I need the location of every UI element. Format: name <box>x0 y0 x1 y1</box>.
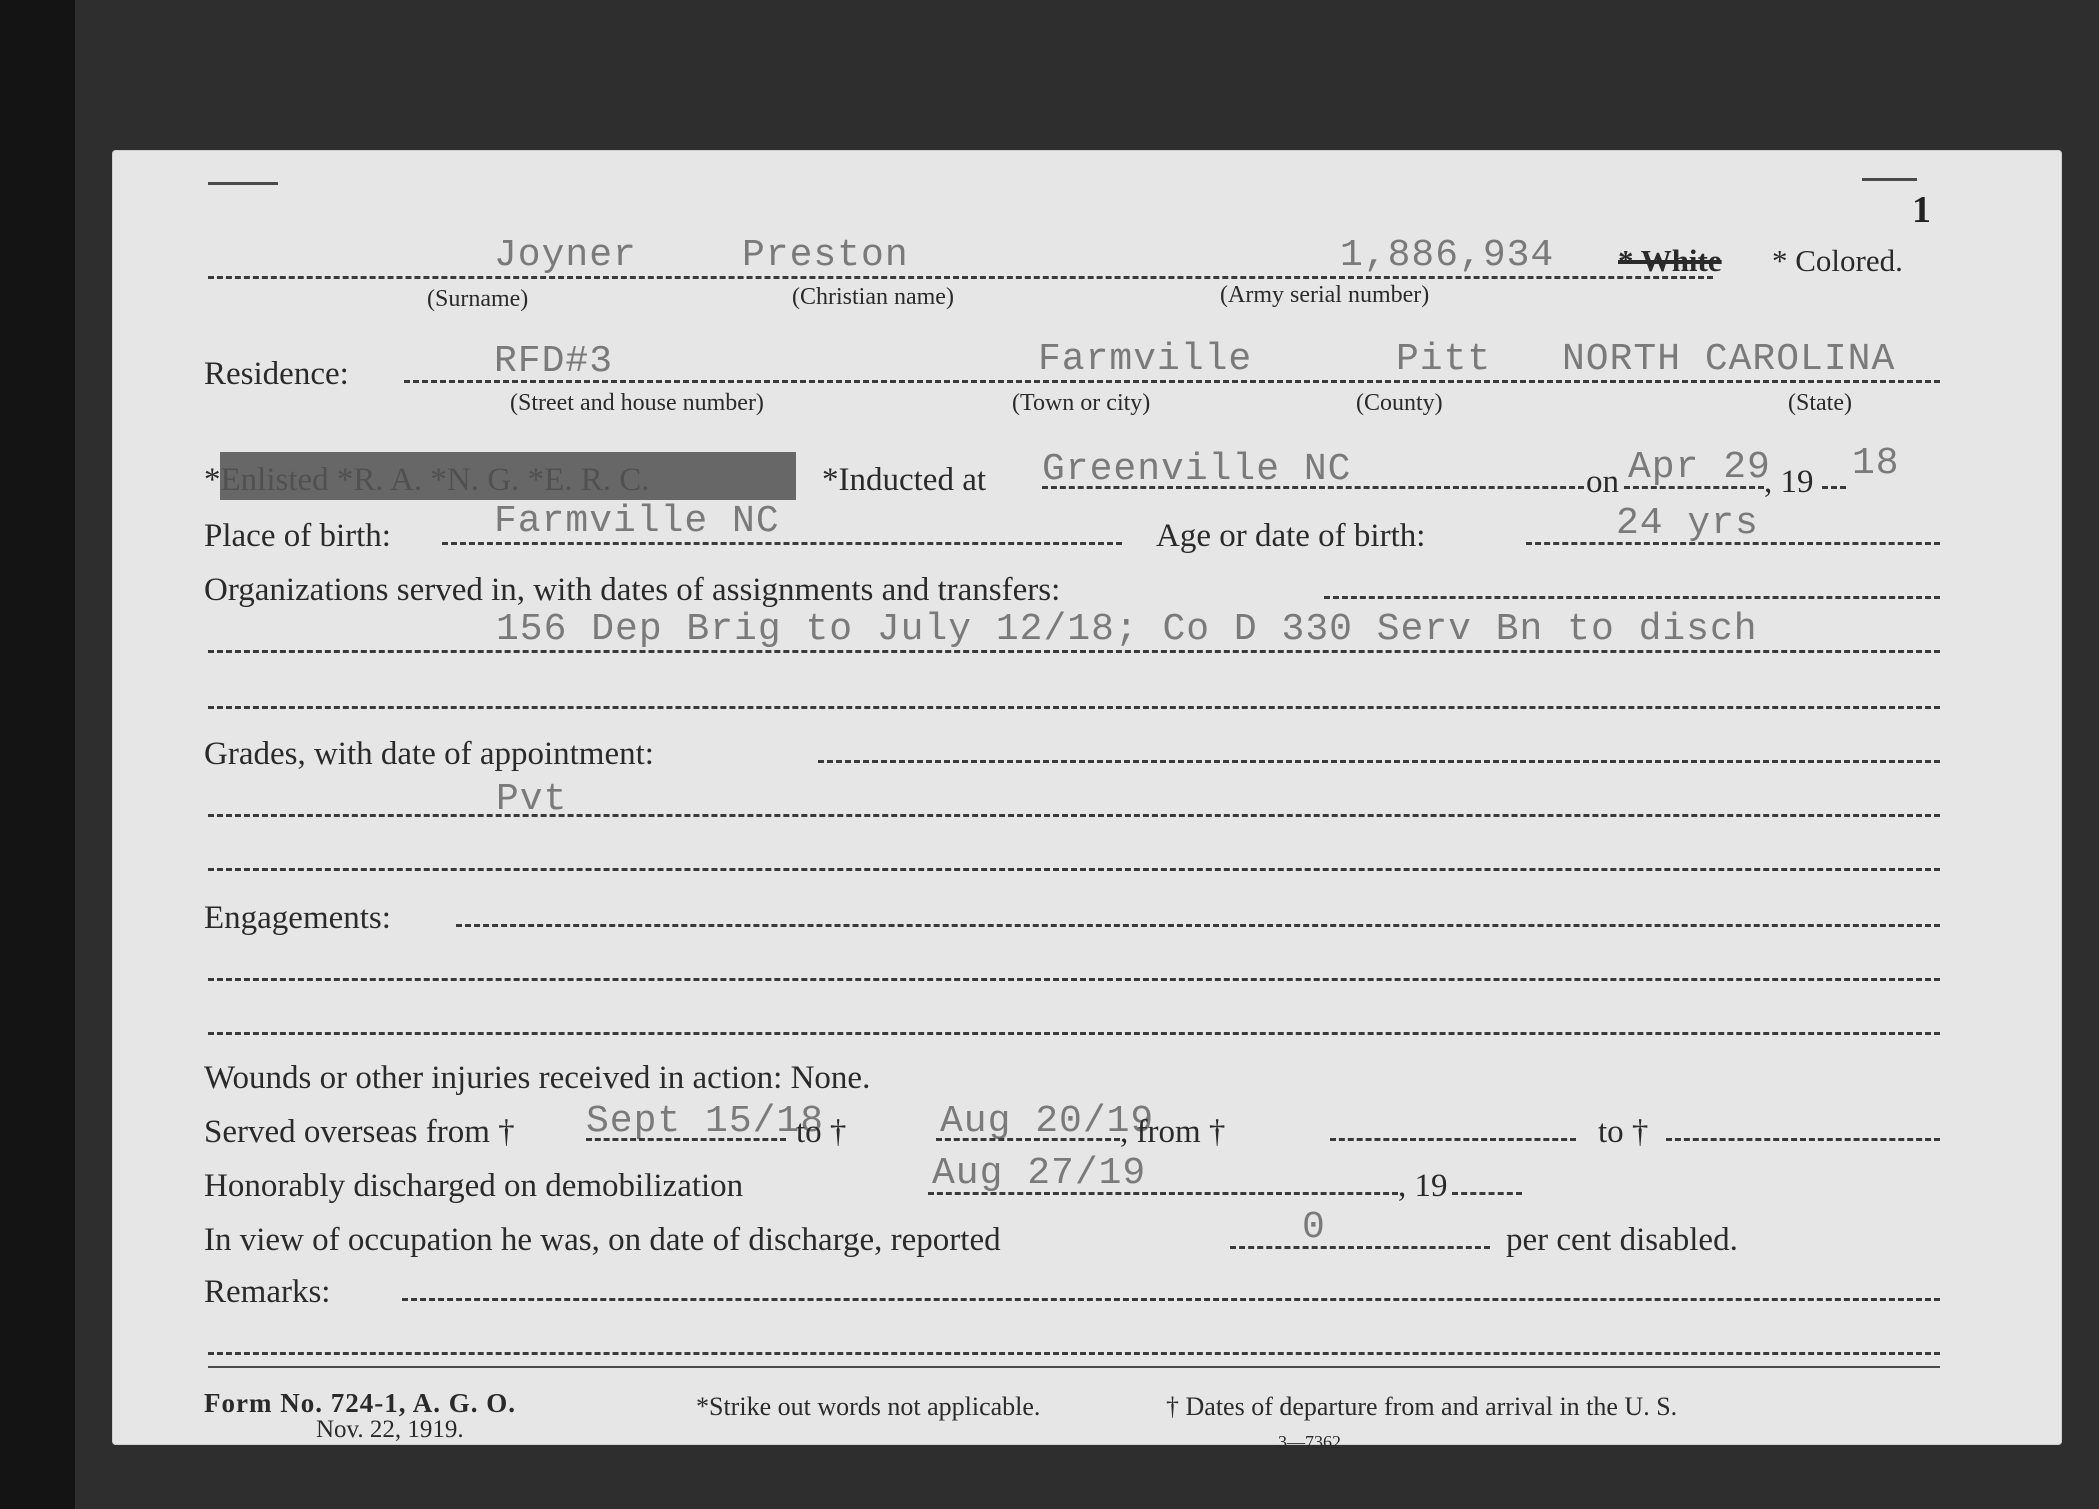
disability-line <box>1230 1246 1490 1249</box>
organizations-line-3 <box>208 706 1940 709</box>
engagements-line-3 <box>208 1032 1940 1035</box>
disability-suffix: per cent disabled. <box>1506 1222 1738 1259</box>
form-date: Nov. 22, 1919. <box>316 1416 464 1444</box>
name-line <box>208 276 1713 279</box>
top-left-mark <box>208 182 278 185</box>
place-of-birth-value: Farmville NC <box>494 500 780 543</box>
engagements-label: Engagements: <box>204 900 391 937</box>
residence-county-value: Pitt <box>1396 338 1491 381</box>
overseas-to2-label: to † <box>1598 1114 1648 1151</box>
residence-label: Residence: <box>204 356 349 393</box>
place-of-birth-line <box>442 542 1122 545</box>
form-number: Form No. 724-1, A. G. O. <box>204 1388 516 1419</box>
grades-line-3 <box>208 868 1940 871</box>
overseas-from-line <box>586 1138 786 1141</box>
overseas-to2-line <box>1666 1138 1940 1141</box>
discharge-year-label: , 19 <box>1398 1168 1448 1205</box>
engagements-line-2 <box>208 978 1940 981</box>
remarks-line-1 <box>402 1298 1940 1301</box>
residence-street-value: RFD#3 <box>494 340 613 383</box>
service-record-card: 1 Joyner Preston 1,886,934 * White * Col… <box>112 150 2062 1445</box>
inducted-at-label: *Inducted at <box>822 462 986 499</box>
top-right-mark <box>1862 178 1917 181</box>
inducted-at-line <box>1042 486 1584 489</box>
organizations-line-1 <box>1324 596 1940 599</box>
christian-name-value: Preston <box>742 234 909 277</box>
town-caption: (Town or city) <box>1012 390 1150 417</box>
serial-number-caption: (Army serial number) <box>1220 282 1429 309</box>
card-number: 1 <box>1912 188 1931 232</box>
residence-line <box>404 380 1940 383</box>
strike-out-note: *Strike out words not applicable. <box>696 1392 1040 1422</box>
overseas-to-label: to † <box>796 1114 846 1151</box>
overseas-from2-line <box>1330 1138 1576 1141</box>
overseas-to-line <box>936 1138 1120 1141</box>
discharge-label: Honorably discharged on demobilization <box>204 1168 743 1205</box>
street-caption: (Street and house number) <box>510 390 764 417</box>
induction-year-line <box>1822 486 1846 489</box>
organizations-line-2 <box>208 650 1940 653</box>
white-label: * White <box>1618 243 1722 278</box>
white-option: * White <box>1618 243 1722 279</box>
organizations-value: 156 Dep Brig to July 12/18; Co D 330 Ser… <box>496 608 1758 651</box>
serial-number-value: 1,886,934 <box>1340 234 1554 277</box>
county-caption: (County) <box>1356 390 1443 417</box>
grades-line-2 <box>208 814 1940 817</box>
discharge-date-value: Aug 27/19 <box>932 1152 1146 1195</box>
residence-state-value: NORTH CAROLINA <box>1562 338 1895 381</box>
age-label: Age or date of birth: <box>1156 518 1425 555</box>
redaction-block <box>220 452 796 500</box>
remarks-label: Remarks: <box>204 1274 330 1311</box>
wounds-label: Wounds or other injuries received in act… <box>204 1060 870 1097</box>
on-label: on <box>1586 464 1619 501</box>
print-code: 3—7362 <box>1278 1432 1341 1453</box>
age-line <box>1526 542 1940 545</box>
overseas-label: Served overseas from † <box>204 1114 515 1151</box>
disability-label: In view of occupation he was, on date of… <box>204 1222 1001 1259</box>
christian-name-caption: (Christian name) <box>792 284 954 311</box>
footer-rule <box>208 1366 1940 1368</box>
engagements-line-1 <box>456 924 1940 927</box>
place-of-birth-label: Place of birth: <box>204 518 391 555</box>
discharge-year-line <box>1452 1192 1522 1195</box>
organizations-label: Organizations served in, with dates of a… <box>204 572 1060 609</box>
age-value: 24 yrs <box>1616 502 1759 545</box>
grades-line-1 <box>818 760 1940 763</box>
surname-value: Joyner <box>494 234 637 277</box>
discharge-date-line <box>928 1192 1398 1195</box>
surname-caption: (Surname) <box>427 286 528 313</box>
remarks-line-2 <box>208 1352 1940 1355</box>
dagger-note: † Dates of departure from and arrival in… <box>1166 1392 1677 1422</box>
residence-town-value: Farmville <box>1038 338 1252 381</box>
colored-option: * Colored. <box>1772 243 1903 279</box>
state-caption: (State) <box>1788 390 1852 417</box>
overseas-from2-label: , from † <box>1120 1114 1225 1151</box>
overseas-from-value: Sept 15/18 <box>586 1100 824 1143</box>
induction-date-value: Apr 29 <box>1628 446 1771 489</box>
inducted-at-value: Greenville NC <box>1042 448 1351 491</box>
grades-label: Grades, with date of appointment: <box>204 736 654 773</box>
induction-year-value: 18 <box>1852 442 1900 485</box>
scan-background-strip <box>0 0 75 1509</box>
disability-value: 0 <box>1302 1206 1326 1249</box>
induction-year-prefix: , 19 <box>1764 464 1814 501</box>
induction-date-line <box>1624 486 1764 489</box>
